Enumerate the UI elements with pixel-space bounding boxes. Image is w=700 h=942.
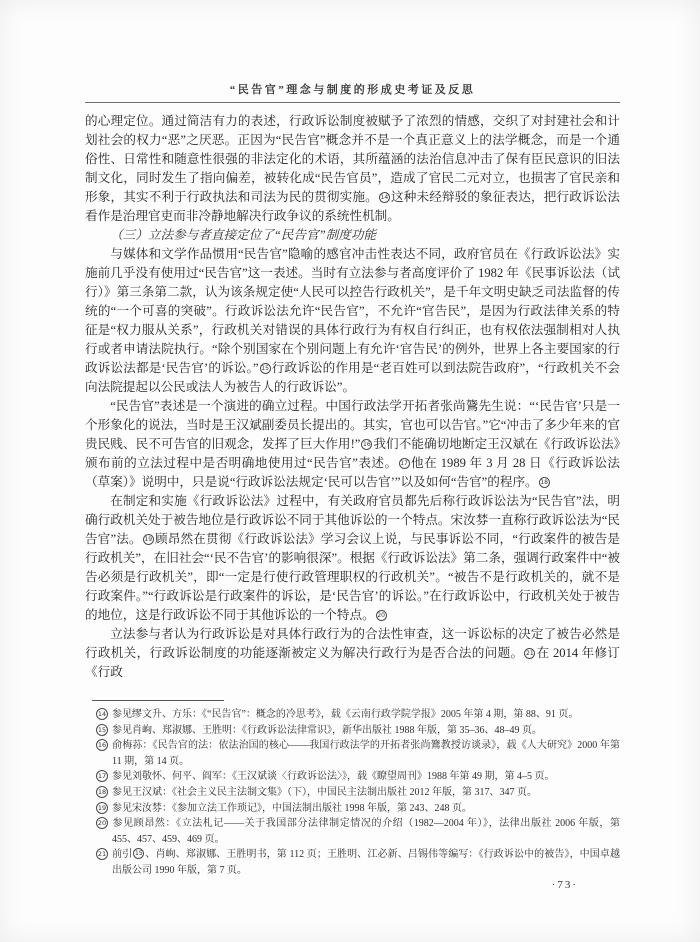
footnote-marker: 16 (96, 739, 108, 751)
text-run: 前引 (112, 849, 132, 860)
footnote-marker: 19 (143, 534, 154, 545)
paragraph: 立法参与者认为行政诉讼是对具体行政行为的合法性审查，这一诉讼标的决定了被告必然是… (85, 625, 620, 682)
text-run: 与媒体和文学作品惯用“民告官”隐喻的感官冲击性表达不同，政府官员在《行政诉讼法》… (85, 247, 620, 375)
footnote-marker: 15 (96, 724, 108, 736)
text-run: 参见肖峋、郑淑娜、王胜明：《行政诉讼法律常识》，新华出版社 1988 年版，第 … (112, 725, 542, 736)
footnote-item: 17参见刘敬怀、何平、阎军：《王汉斌谈〈行政诉讼法〉》，载《瞭望周刊》1988 … (96, 769, 620, 785)
footnote-marker: 15 (260, 363, 271, 374)
footnote-marker: 18 (539, 477, 550, 488)
footnote-item: 16俞梅荪：《民告官的法：依法治国的核心——我国行政法学的开拓者张尚鷟教授访谈录… (96, 738, 620, 769)
footnote-marker: 15 (133, 848, 144, 859)
paragraph: “民告官”表述是一个演进的确立过程。中国行政法学开拓者张尚鷟先生说：“‘民告官’… (85, 397, 620, 492)
footnote-marker: 17 (399, 458, 410, 469)
section-heading: （三）立法参与者直接定位了“民告官”制度功能 (85, 226, 620, 245)
footnote-marker: 16 (361, 439, 372, 450)
footnote-item: 14参见缪文升、方乐：《“民告官”：概念的冷思考》，载《云南行政学院学报》200… (96, 707, 620, 723)
page-number: ·73· (85, 879, 620, 891)
footnote-item: 15参见肖峋、郑淑娜、王胜明：《行政诉讼法律常识》，新华出版社 1988 年版，… (96, 723, 620, 739)
footnote-marker: 21 (96, 848, 108, 860)
text-run: 参见王汉斌：《社会主义民主法制文集》（下），中国民主法制出版社 2012 年版，… (112, 787, 537, 798)
footnote-divider (92, 700, 224, 701)
text-run: 顾昂然在贯彻《行政诉讼法》学习会议上说，与民事诉讼不同，“行政案件的被告是行政机… (85, 532, 620, 622)
footnote-marker: 21 (524, 648, 535, 659)
paragraph: 在制定和实施《行政诉讼法》过程中，有关政府官员都先后称行政诉讼法为“民告官”法，… (85, 492, 620, 625)
text-run: （三）立法参与者直接定位了“民告官”制度功能 (110, 228, 376, 242)
footnote-item: 18参见王汉斌：《社会主义民主法制文集》（下），中国民主法制出版社 2012 年… (96, 785, 620, 801)
text-run: 、肖峋、郑淑娜、王胜明书，第 112 页；王胜明、江必新、吕锡伟等编写：《行政诉… (112, 849, 620, 876)
footnote-marker: 19 (96, 802, 108, 814)
footnote-item: 19参见宋汝棼：《参加立法工作琐记》，中国法制出版社 1998 年版，第 243… (96, 801, 620, 817)
running-head-title: “民告官”理念与制度的形成史考证及反思 (85, 81, 620, 97)
text-run: 参见刘敬怀、何平、阎军：《王汉斌谈〈行政诉讼法〉》，载《瞭望周刊》1988 年第… (112, 771, 555, 782)
footnotes: 14参见缪文升、方乐：《“民告官”：概念的冷思考》，载《云南行政学院学报》200… (96, 707, 620, 879)
footnote-marker: 17 (96, 770, 108, 782)
footnote-marker: 20 (96, 817, 108, 829)
text-run: 参见宋汝棼：《参加立法工作琐记》，中国法制出版社 1998 年版，第 243、2… (112, 803, 472, 814)
footnote-marker: 20 (376, 610, 387, 621)
text-run: 参见顾昂然：《立法札记——关于我国部分法律制定情况的介绍（1982—2004 年… (112, 818, 620, 845)
text-run: 参见缪文升、方乐：《“民告官”：概念的冷思考》，载《云南行政学院学报》2005 … (112, 709, 578, 720)
text-run: 俞梅荪：《民告官的法：依法治国的核心——我国行政法学的开拓者张尚鷟教授访谈录》，… (112, 740, 620, 767)
footnote-marker: 14 (379, 192, 390, 203)
header-rule (85, 102, 620, 103)
paragraph: 的心理定位。通过简洁有力的表述，行政诉讼制度被赋予了浓烈的情感，交织了对封建社会… (85, 112, 620, 226)
article-body: 的心理定位。通过简洁有力的表述，行政诉讼制度被赋予了浓烈的情感，交织了对封建社会… (85, 112, 620, 682)
footnote-item: 21前引15、肖峋、郑淑娜、王胜明书，第 112 页；王胜明、江必新、吕锡伟等编… (96, 847, 620, 878)
footnote-item: 20参见顾昂然：《立法札记——关于我国部分法律制定情况的介绍（1982—2004… (96, 816, 620, 847)
document-page: “民告官”理念与制度的形成史考证及反思 的心理定位。通过简洁有力的表述，行政诉讼… (0, 0, 700, 942)
footnote-marker: 14 (96, 708, 108, 720)
footnote-marker: 18 (96, 786, 108, 798)
paragraph: 与媒体和文学作品惯用“民告官”隐喻的感官冲击性表达不同，政府官员在《行政诉讼法》… (85, 245, 620, 397)
